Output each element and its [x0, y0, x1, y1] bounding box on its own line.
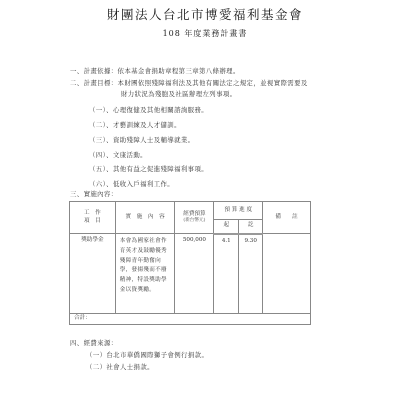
header-content: 實 施 內 容	[115, 202, 175, 234]
table-row: 獎助學金 本會為國家社會作育英才及鼓勵優秀殘障青年勤奮向學，發揚殘而不廢精神，特…	[70, 234, 311, 314]
funding-item-1: （一）台北市華僑國際獅子會例行捐款。	[86, 350, 208, 359]
header-work-item: 工 作 項 目	[70, 202, 116, 234]
goal-item-2: （二）、才藝訓練及人才儲訓。	[89, 120, 181, 129]
goal-item-5: （五）、其他有益之促進殘障福利事項。	[89, 164, 208, 173]
implementation-heading: 三、實施內容：	[70, 189, 118, 198]
cell-budget: 500,000	[175, 234, 214, 314]
header-end: 訖	[239, 220, 263, 234]
header-remarks: 備 註	[263, 202, 311, 234]
total-row: 合計：	[70, 314, 311, 325]
plan-basis: 一、計畫依據：依本基金會捐助章程第三章第八條辦理。	[70, 66, 240, 75]
cell-content: 本會為國家社會作育英才及鼓勵優秀殘障青年勤奮向學，發揚殘而不廢精神，特設獎助學金…	[115, 234, 175, 314]
cell-remarks	[263, 234, 311, 314]
header-budget: 經費預算 (新台幣元)	[175, 202, 214, 234]
header-start: 起	[214, 220, 239, 234]
cell-end: 9.30	[239, 234, 263, 314]
document-subtitle: 108 年度業務計畫書	[0, 28, 410, 39]
funding-item-2: （二）社會人士捐款。	[86, 362, 154, 371]
goal-item-1: （一）、心理復健及其他相關諮詢服務。	[89, 105, 208, 114]
document-title: 財團法人台北市博愛福利基金會	[0, 5, 410, 23]
total-label: 合計：	[70, 314, 311, 325]
funding-heading: 四、經費來源：	[70, 338, 118, 347]
header-schedule: 預 算 進 度	[214, 202, 263, 220]
goal-item-4: （四）、文康活動。	[89, 150, 147, 159]
goal-item-3: （三）、資助殘障人士及輔導就業。	[89, 135, 194, 144]
implementation-table: 工 作 項 目 實 施 內 容 經費預算 (新台幣元) 預 算 進 度 備 註 …	[69, 201, 311, 325]
header-work-item-line1: 工 作	[70, 210, 115, 218]
header-work-item-line2: 項 目	[70, 218, 115, 226]
plan-goal-line-1: 二、計畫目標：本財團依照殘障福利法及其他有關法定之規定，並視實際需要及	[70, 78, 308, 87]
goal-item-6: （六）、低收入戶福利工作。	[89, 179, 174, 188]
plan-goal-line-2: 財力狀況為殘胞及社區辦理左列事項。	[121, 89, 236, 98]
header-budget-unit: (新台幣元)	[175, 218, 213, 224]
cell-start: 4.1	[214, 234, 239, 314]
cell-work-item: 獎助學金	[70, 234, 116, 314]
